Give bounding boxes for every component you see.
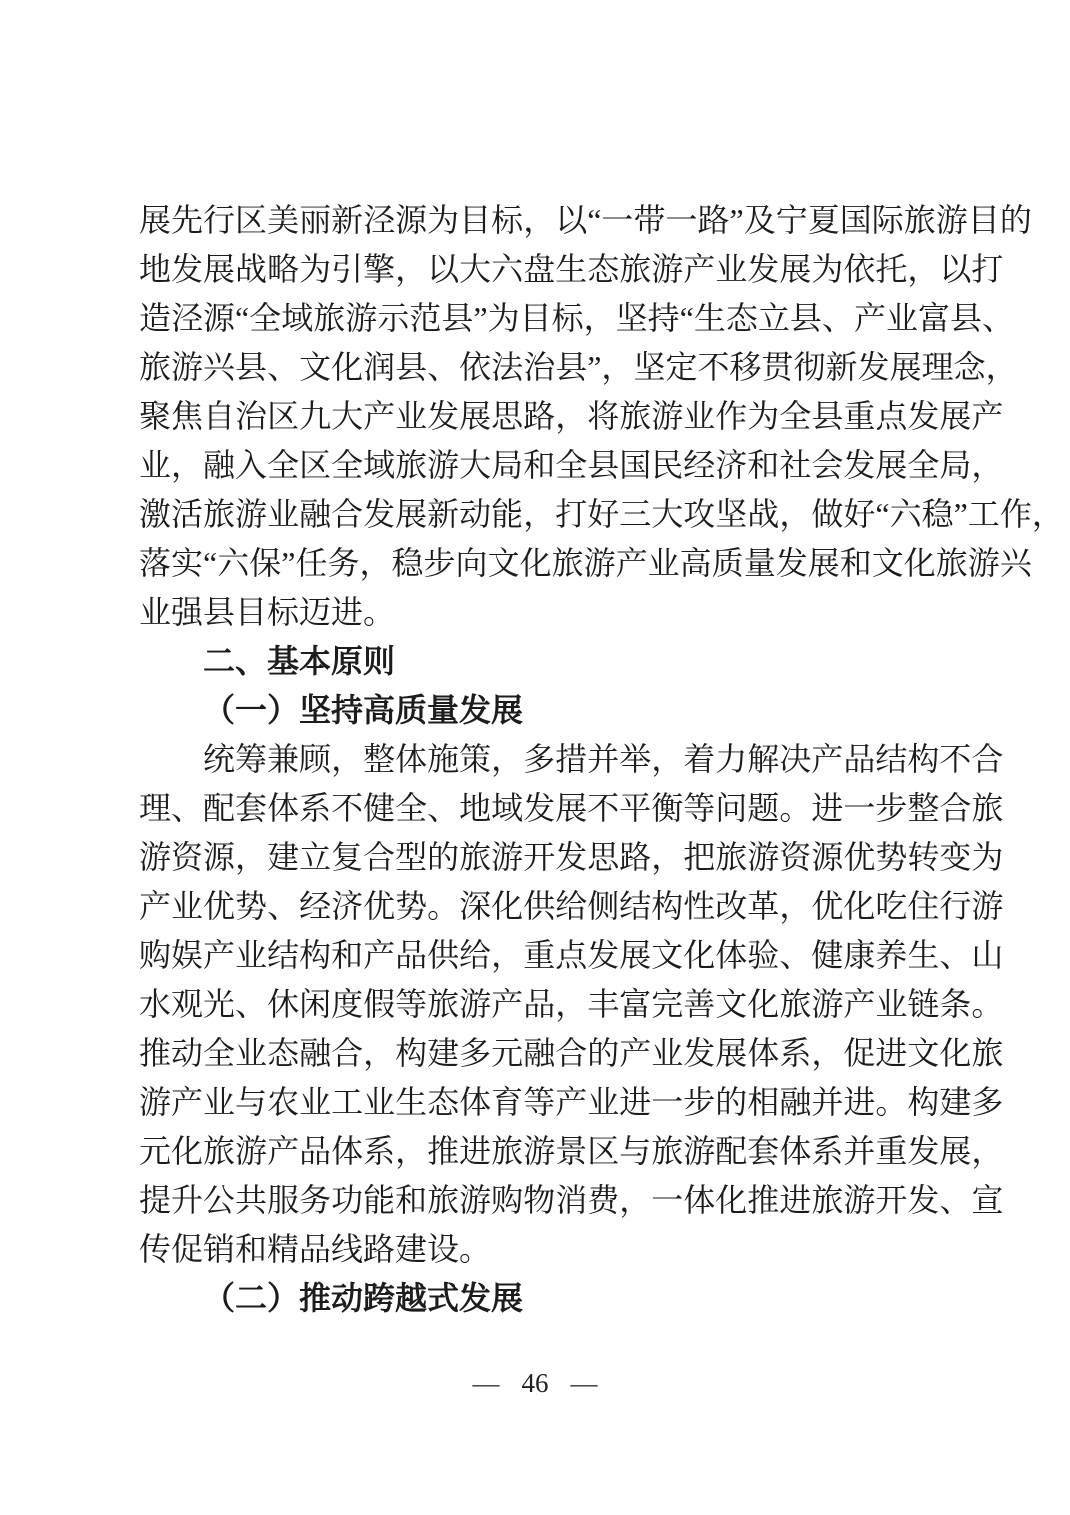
text-line: 旅游兴县、文化润县、依法治县”，坚定不移贯彻新发展理念， bbox=[139, 343, 931, 392]
document-body: 展先行区美丽新泾源为目标，以“一带一路”及宁夏国际旅游目的 地发展战略为引擎，以… bbox=[139, 196, 931, 1323]
text-line: 传促销和精品线路建设。 bbox=[139, 1225, 931, 1274]
text-line: 元化旅游产品体系，推进旅游景区与旅游配套体系并重发展， bbox=[139, 1127, 931, 1176]
text-line: 聚焦自治区九大产业发展思路，将旅游业作为全县重点发展产 bbox=[139, 392, 931, 441]
text-line: 产业优势、经济优势。深化供给侧结构性改革，优化吃住行游 bbox=[139, 882, 931, 931]
subsection-heading: （一）坚持高质量发展 bbox=[139, 686, 931, 735]
document-page: 展先行区美丽新泾源为目标，以“一带一路”及宁夏国际旅游目的 地发展战略为引擎，以… bbox=[0, 0, 1070, 1515]
text-line: 统筹兼顾，整体施策，多措并举，着力解决产品结构不合 bbox=[139, 735, 931, 784]
footer-dash-right: — bbox=[571, 1368, 598, 1398]
text-line: 水观光、休闲度假等旅游产品，丰富完善文化旅游产业链条。 bbox=[139, 980, 931, 1029]
section-heading: 二、基本原则 bbox=[139, 637, 931, 686]
text-line: 游产业与农业工业生态体育等产业进一步的相融并进。构建多 bbox=[139, 1078, 931, 1127]
text-line: 购娱产业结构和产品供给，重点发展文化体验、健康养生、山 bbox=[139, 931, 931, 980]
text-line: 地发展战略为引擎，以大六盘生态旅游产业发展为依托，以打 bbox=[139, 245, 931, 294]
page-footer: —46— bbox=[0, 1368, 1070, 1399]
text-line: 落实“六保”任务，稳步向文化旅游产业高质量发展和文化旅游兴 bbox=[139, 539, 931, 588]
footer-dash-left: — bbox=[473, 1368, 500, 1398]
text-line: 业，融入全区全域旅游大局和全县国民经济和社会发展全局， bbox=[139, 441, 931, 490]
text-line: 业强县目标迈进。 bbox=[139, 588, 931, 637]
text-line: 造泾源“全域旅游示范县”为目标，坚持“生态立县、产业富县、 bbox=[139, 294, 931, 343]
text-line: 推动全业态融合，构建多元融合的产业发展体系，促进文化旅 bbox=[139, 1029, 931, 1078]
text-line: 展先行区美丽新泾源为目标，以“一带一路”及宁夏国际旅游目的 bbox=[139, 196, 931, 245]
page-number: 46 bbox=[522, 1368, 549, 1398]
text-line: 游资源，建立复合型的旅游开发思路，把旅游资源优势转变为 bbox=[139, 833, 931, 882]
text-line: 激活旅游业融合发展新动能，打好三大攻坚战，做好“六稳”工作， bbox=[139, 490, 931, 539]
text-line: 提升公共服务功能和旅游购物消费，一体化推进旅游开发、宣 bbox=[139, 1176, 931, 1225]
text-line: 理、配套体系不健全、地域发展不平衡等问题。进一步整合旅 bbox=[139, 784, 931, 833]
subsection-heading: （二）推动跨越式发展 bbox=[139, 1274, 931, 1323]
